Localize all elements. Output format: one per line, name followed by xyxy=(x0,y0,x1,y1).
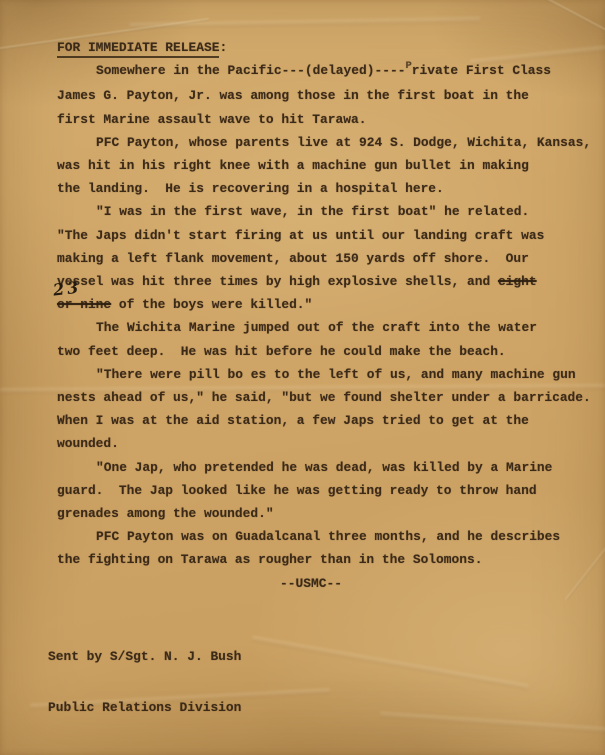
typed-text-segment: nests ahead of us," he said, "but we fou… xyxy=(57,390,591,405)
crease-bottom-center xyxy=(252,636,529,691)
usmc-signoff: --USMC-- xyxy=(57,572,565,595)
typed-line: PFC Payton, whose parents live at 924 S.… xyxy=(57,131,565,154)
typed-line: Somewhere in the Pacific---(delayed)----… xyxy=(57,59,565,84)
typed-line: vessel was hit three times by high explo… xyxy=(57,270,565,293)
typed-text-segment: PFC Payton was on Guadalcanal three mont… xyxy=(96,529,560,544)
typed-text-segment: guard. The Jap looked like he was gettin… xyxy=(57,483,537,498)
typed-line: grenades among the wounded." xyxy=(57,502,565,525)
typed-line: first Marine assault wave to hit Tarawa. xyxy=(57,108,565,131)
typed-text-segment: the fighting on Tarawa as rougher than i… xyxy=(57,552,482,567)
typed-text-segment: : xyxy=(219,40,227,55)
typed-text-segment: "There were pill bo es to the left of us… xyxy=(96,367,576,382)
crease-top-horizontal xyxy=(130,17,480,29)
typed-text-segment: two feet deep. He was hit before he coul… xyxy=(57,344,506,359)
typed-line: "There were pill bo es to the left of us… xyxy=(57,363,565,386)
typed-text-segment: James G. Payton, Jr. was among those in … xyxy=(57,88,529,103)
press-release-page: FOR IMMEDIATE RELEASE:Somewhere in the P… xyxy=(0,0,605,755)
typed-text-segment: FOR IMMEDIATE RELEASE xyxy=(57,40,219,58)
struck-out-text: eight xyxy=(498,274,537,289)
crease-bottom-right xyxy=(380,712,605,735)
typed-text-segment: The Wichita Marine jumped out of the cra… xyxy=(96,320,537,335)
typed-text-segment: the landing. He is recovering in a hospi… xyxy=(57,181,444,196)
typed-text-segment: rivate First Class xyxy=(412,63,551,78)
typed-text-segment: --USMC-- xyxy=(280,576,342,591)
handwritten-correction: 23 xyxy=(52,276,83,302)
typed-text-segment: making a left flank movement, about 150 … xyxy=(57,251,529,266)
typed-line: James G. Payton, Jr. was among those in … xyxy=(57,84,565,107)
typed-line: "One Jap, who pretended he was dead, was… xyxy=(57,456,565,479)
typed-line: When I was at the aid station, a few Jap… xyxy=(57,409,565,432)
typed-line: "I was in the first wave, in the first b… xyxy=(57,200,565,223)
typed-line: guard. The Jap looked like he was gettin… xyxy=(57,479,565,502)
typed-text-block: FOR IMMEDIATE RELEASE:Somewhere in the P… xyxy=(57,36,565,595)
typed-line: PFC Payton was on Guadalcanal three mont… xyxy=(57,525,565,548)
typed-line: The Wichita Marine jumped out of the cra… xyxy=(57,316,565,339)
typed-text-segment: was hit in his right knee with a machine… xyxy=(57,158,529,173)
typed-line: the fighting on Tarawa as rougher than i… xyxy=(57,548,565,571)
typed-text-segment: of the boys were killed." xyxy=(111,297,312,312)
release-heading: FOR IMMEDIATE RELEASE: xyxy=(57,36,565,59)
typed-line: two feet deep. He was hit before he coul… xyxy=(57,340,565,363)
typed-line: making a left flank movement, about 150 … xyxy=(57,247,565,270)
signature-block: Sent by S/Sgt. N. J. Bush Public Relatio… xyxy=(48,614,241,750)
crease-right-diagonal xyxy=(565,512,605,601)
typed-text-segment: PFC Payton, whose parents live at 924 S.… xyxy=(96,135,591,150)
public-relations-line: Public Relations Division xyxy=(48,699,241,716)
typed-line: "The Japs didn't start firing at us unti… xyxy=(57,224,565,247)
typed-line: wounded. xyxy=(57,432,565,455)
typed-line: the landing. He is recovering in a hospi… xyxy=(57,177,565,200)
sent-by-line: Sent by S/Sgt. N. J. Bush xyxy=(48,648,241,665)
typed-text-segment: grenades among the wounded." xyxy=(57,506,274,521)
typed-text-segment: Somewhere in the Pacific---(delayed)---- xyxy=(96,63,405,78)
typed-text-segment: first Marine assault wave to hit Tarawa. xyxy=(57,112,366,127)
typed-line: nests ahead of us," he said, "but we fou… xyxy=(57,386,565,409)
typed-text-segment: vessel was hit three times by high explo… xyxy=(57,274,498,289)
typed-text-segment: "One Jap, who pretended he was dead, was… xyxy=(96,460,552,475)
typed-line: was hit in his right knee with a machine… xyxy=(57,154,565,177)
typed-text-segment: wounded. xyxy=(57,436,119,451)
typed-text-segment: When I was at the aid station, a few Jap… xyxy=(57,413,529,428)
typed-text-segment: P xyxy=(405,55,411,78)
typed-text-segment: "The Japs didn't start firing at us unti… xyxy=(57,228,544,243)
typed-text-segment: "I was in the first wave, in the first b… xyxy=(96,204,529,219)
typed-line: or nine of the boys were killed."23 xyxy=(57,293,565,316)
